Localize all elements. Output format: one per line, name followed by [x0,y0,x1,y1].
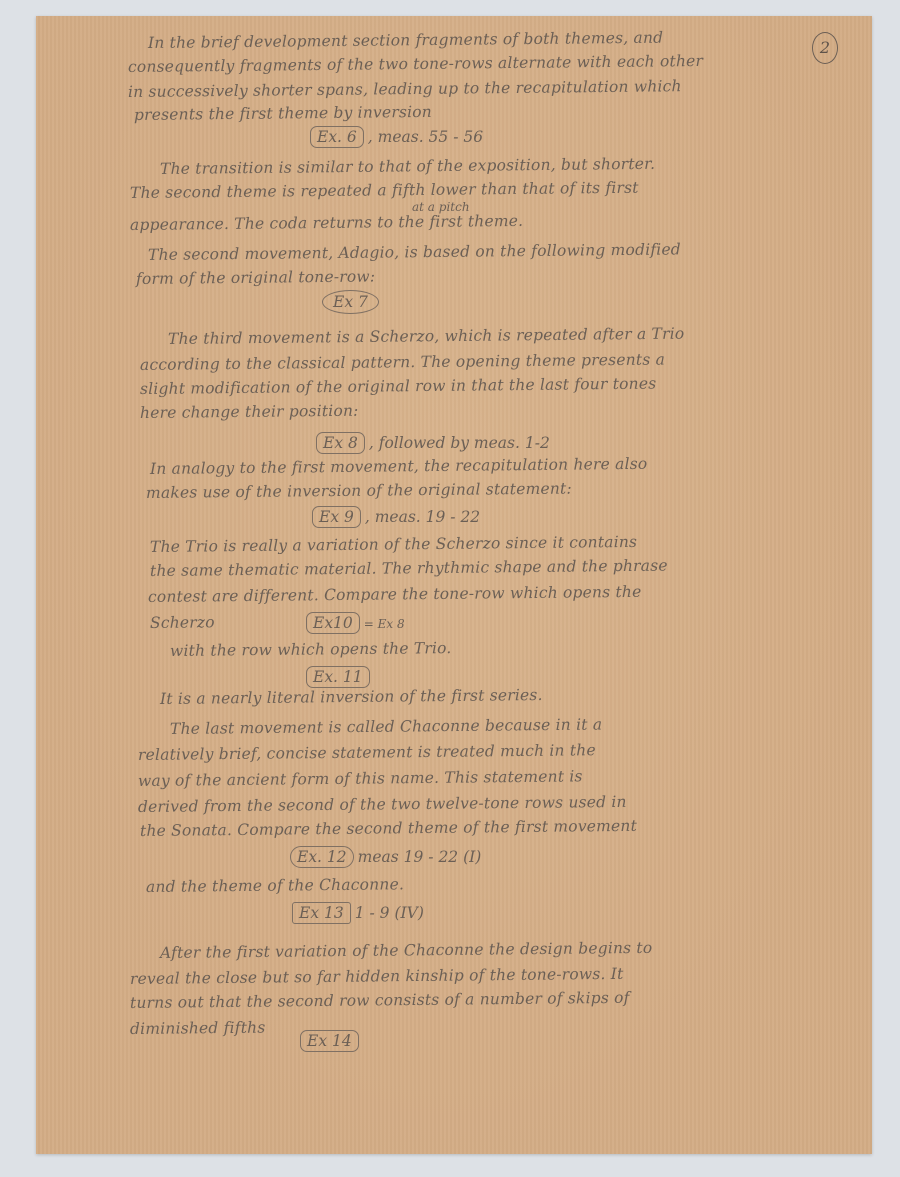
example-ref-10: Ex10= Ex 8 [306,612,405,634]
example-box: Ex. 6 [310,126,364,148]
example-box: Ex 13 [292,902,351,924]
example-ref-12: Ex. 12meas 19 - 22 (I) [290,846,481,868]
example-box: Ex. 11 [306,666,370,688]
example-box: Ex 8 [316,432,365,454]
example-note: , meas. 55 - 56 [368,128,483,146]
text-line: diminished fifths [130,1019,266,1038]
example-box: Ex10 [306,612,360,634]
example-ref-6: Ex. 6, meas. 55 - 56 [310,126,483,148]
example-ref-7: Ex 7 [322,290,379,314]
text-line: and the theme of the Chaconne. [146,875,404,896]
example-ref-11: Ex. 11 [306,666,374,688]
page-number: 2 [812,32,838,64]
example-box: Ex 9 [312,506,361,528]
text-line: presents the first theme by inversion [134,103,432,124]
example-ref-9: Ex 9, meas. 19 - 22 [312,506,480,528]
example-note: = Ex 8 [364,617,405,631]
example-box: Ex. 12 [290,846,354,868]
text-line: here change their position: [140,402,359,422]
example-note: , followed by meas. 1-2 [369,434,550,452]
example-circle: Ex 7 [322,290,379,314]
example-note: 1 - 9 (IV) [355,904,424,922]
text-line: form of the original tone-row: [136,267,375,288]
example-note: , meas. 19 - 22 [365,508,480,526]
example-ref-13: Ex 131 - 9 (IV) [292,902,424,924]
text-line: with the row which opens the Trio. [170,639,452,660]
example-note: meas 19 - 22 (I) [358,848,482,866]
example-ref-8: Ex 8, followed by meas. 1-2 [316,432,550,454]
text-line: Scherzo [150,613,215,632]
example-ref-14: Ex 14 [300,1030,363,1052]
example-box: Ex 14 [300,1030,359,1052]
